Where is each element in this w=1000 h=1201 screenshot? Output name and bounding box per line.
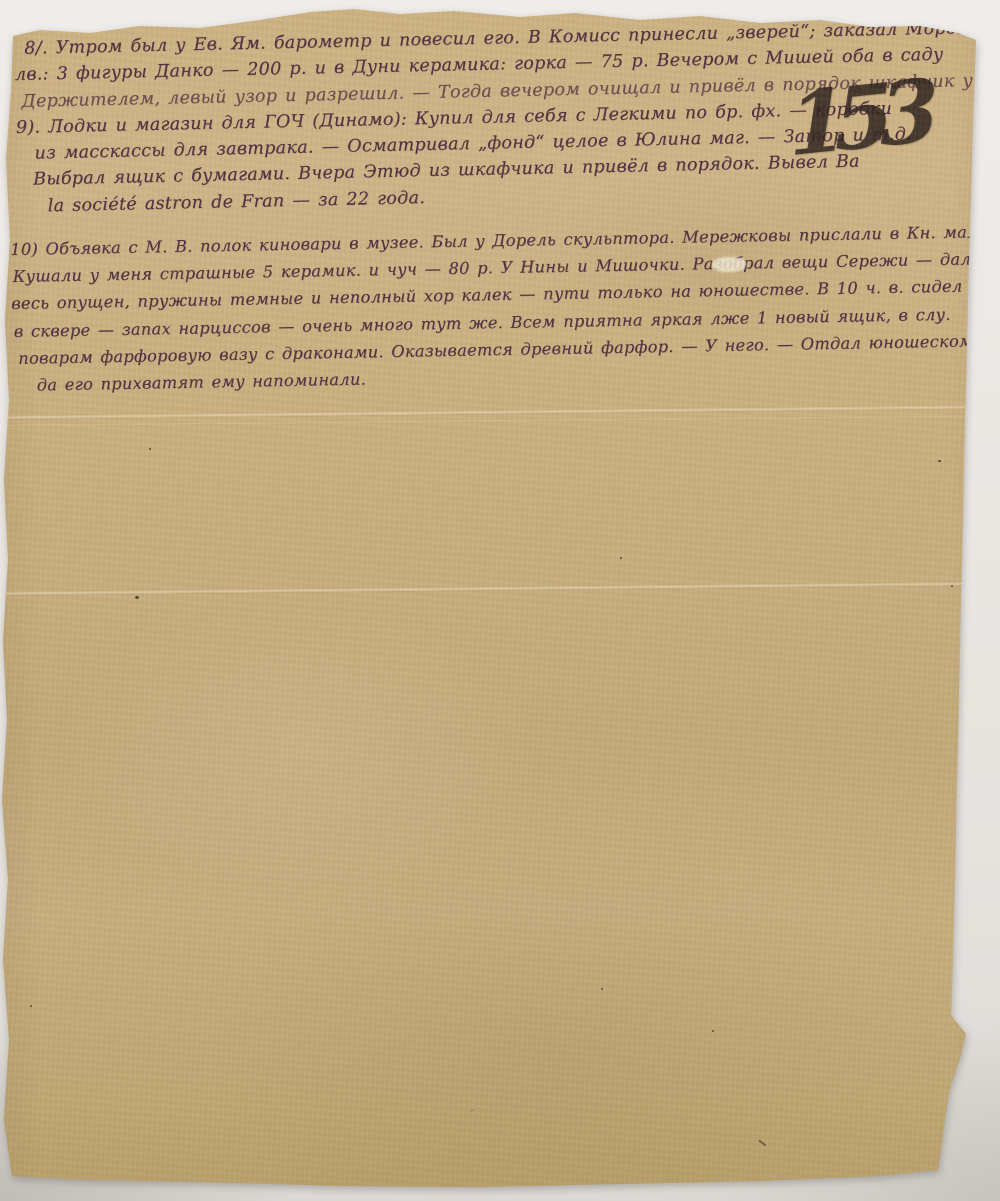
- ink-speck: [30, 1005, 32, 1007]
- fold-crease-lower: [4, 581, 966, 596]
- handwriting-line: Кушали у меня страшные 5 керамик. и чуч …: [10, 242, 1000, 291]
- ink-speck: [135, 596, 139, 599]
- handwriting-line: из масскассы для завтрака. — Осматривал …: [16, 119, 1000, 167]
- fold-crease-upper: [4, 405, 966, 420]
- whiteout-patch: [712, 256, 747, 272]
- handwriting-block-entry-10: 10) Объявка с М. В. полок киновари в муз…: [10, 215, 1000, 400]
- handwriting-line: в сквере — запах нарциссов — очень много…: [11, 296, 1000, 345]
- ink-speck: [938, 460, 941, 462]
- handwriting-line: Выбрал ящик с бумагами. Вчера Этюд из шк…: [17, 145, 1000, 193]
- handwriting-line: лв.: 3 фигуры Данко — 200 р. и в Дуни ке…: [15, 40, 1000, 88]
- fibre-scratch: [758, 1139, 766, 1146]
- handwriting-line: поварам фарфоровую вазу с драконами. Ока…: [12, 323, 1000, 372]
- handwriting-line: да его прихватят ему напоминали.: [12, 351, 1000, 400]
- fold-crease-upper-echo: [4, 415, 966, 427]
- handwriting-line: весь опущен, пружины темные и неполный х…: [11, 269, 1000, 318]
- handwriting-line: la société astron de Fran — за 22 года.: [17, 172, 1000, 220]
- ink-speck: [620, 557, 622, 559]
- handwriting-line: 9). Лодки и магазин для ГОЧ (Динамо): Ку…: [16, 93, 1000, 141]
- handwriting-line: 8/. Утром был у Ев. Ям. барометр и повес…: [14, 14, 1000, 62]
- fibre-scratch: [470, 1109, 475, 1112]
- paper-shadow: 8/. Утром был у Ев. Ям. барометр и повес…: [0, 0, 1000, 1201]
- ink-speck: [712, 1030, 714, 1032]
- handwriting-line: 10) Объявка с М. В. полок киновари в муз…: [10, 215, 1000, 264]
- ink-speck: [149, 448, 151, 450]
- handwriting-block-entries-8-9: 8/. Утром был у Ев. Ям. барометр и повес…: [14, 14, 1000, 220]
- handwriting-line: Держителем, левый узор и разрешил. — Тог…: [15, 67, 1000, 115]
- paper-sheet: 8/. Утром был у Ев. Ям. барометр и повес…: [0, 0, 1000, 1201]
- page-number-annotation: 153: [787, 69, 927, 170]
- ink-speck: [951, 585, 953, 587]
- ink-speck: [601, 988, 603, 990]
